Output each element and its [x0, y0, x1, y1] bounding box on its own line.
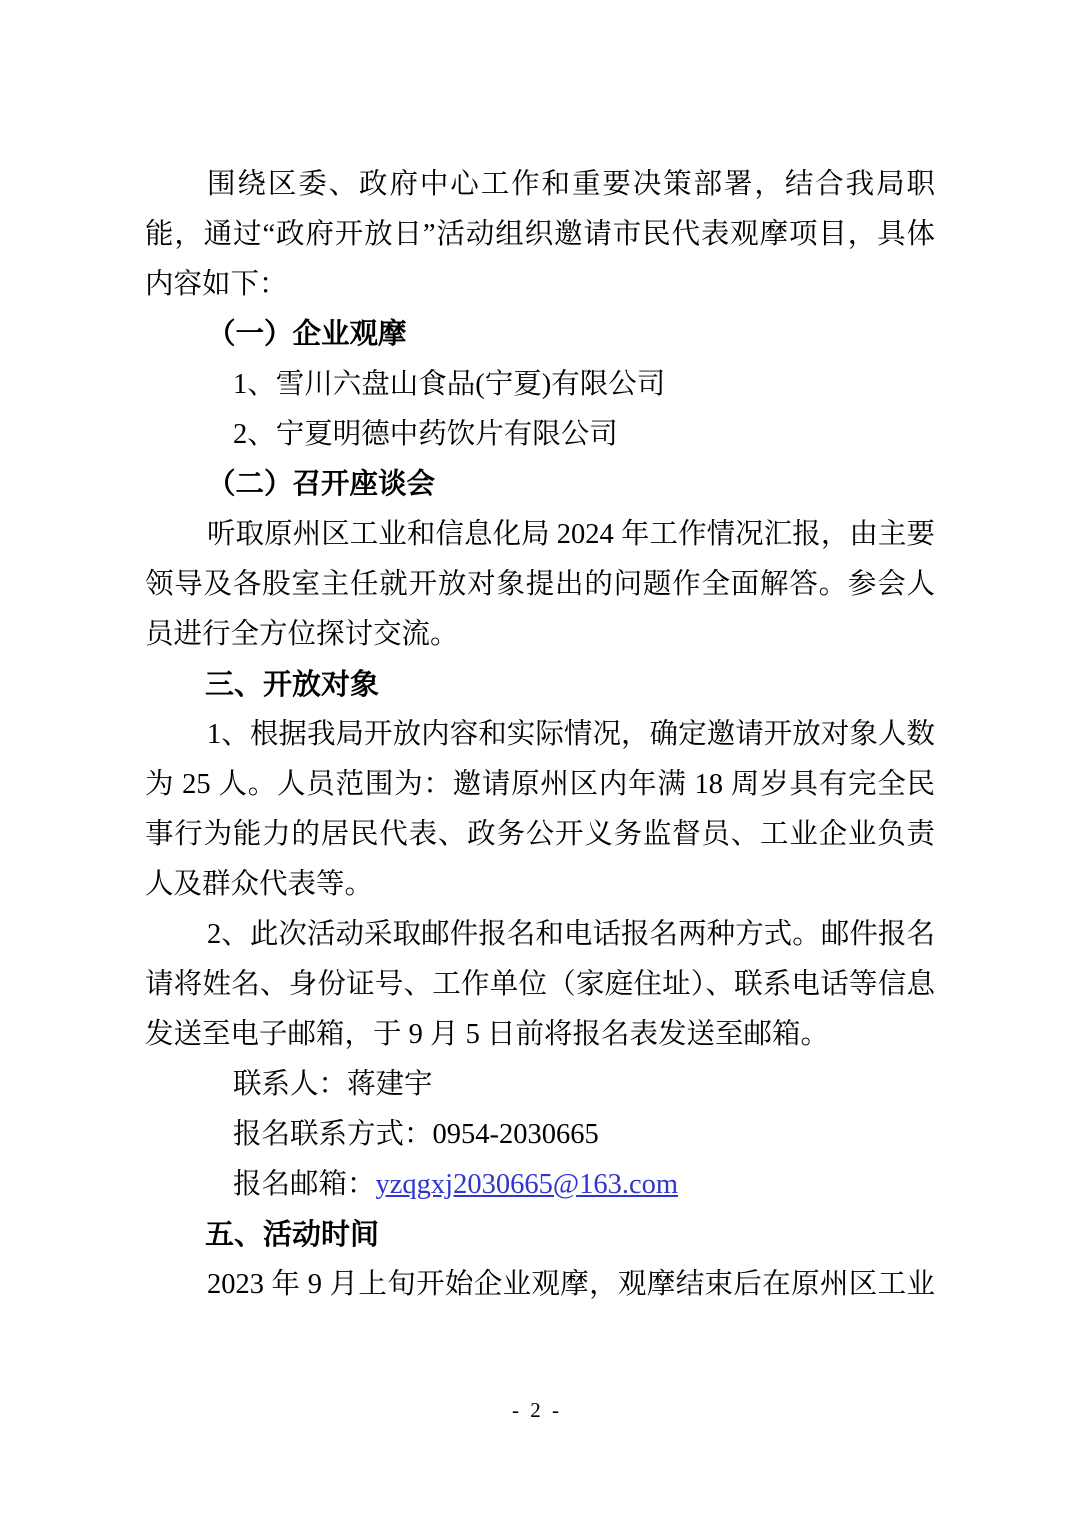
paragraph-intro: 围绕区委、政府中心工作和重要决策部署，结合我局职能，通过“政府开放日”活动组织邀…: [145, 160, 935, 310]
heading-section-5-activity-time: 五、活动时间: [145, 1210, 935, 1260]
paragraph-symposium-detail: 听取原州区工业和信息化局 2024 年工作情况汇报，由主要领导及各股室主任就开放…: [145, 510, 935, 660]
list-item-company-1: 1、雪川六盘山食品(宁夏)有限公司: [145, 360, 935, 410]
line-contact-person: 联系人：蒋建宇: [145, 1060, 935, 1110]
list-item-company-2: 2、宁夏明德中药饮片有限公司: [145, 410, 935, 460]
line-registration-email: 报名邮箱：yzqgxj2030665@163.com: [145, 1160, 935, 1210]
email-label: 报名邮箱：: [233, 1169, 376, 1200]
paragraph-registration-methods: 2、此次活动采取邮件报名和电话报名两种方式。邮件报名请将姓名、身份证号、工作单位…: [145, 910, 935, 1060]
heading-section-3-open-targets: 三、开放对象: [145, 660, 935, 710]
document-body: 围绕区委、政府中心工作和重要决策部署，结合我局职能，通过“政府开放日”活动组织邀…: [145, 160, 935, 1310]
document-page: 围绕区委、政府中心工作和重要决策部署，结合我局职能，通过“政府开放日”活动组织邀…: [0, 0, 1074, 1520]
line-contact-phone: 报名联系方式：0954-2030665: [145, 1110, 935, 1160]
paragraph-activity-time: 2023 年 9 月上旬开始企业观摩，观摩结束后在原州区工业: [145, 1260, 935, 1310]
paragraph-targets-scope: 1、根据我局开放内容和实际情况，确定邀请开放对象人数为 25 人。人员范围为：邀…: [145, 710, 935, 910]
heading-section-2-symposium: （二）召开座谈会: [145, 460, 935, 510]
email-link[interactable]: yzqgxj2030665@163.com: [376, 1169, 679, 1200]
heading-section-1-enterprise-visit: （一）企业观摩: [145, 310, 935, 360]
page-number: - 2 -: [0, 1398, 1074, 1423]
